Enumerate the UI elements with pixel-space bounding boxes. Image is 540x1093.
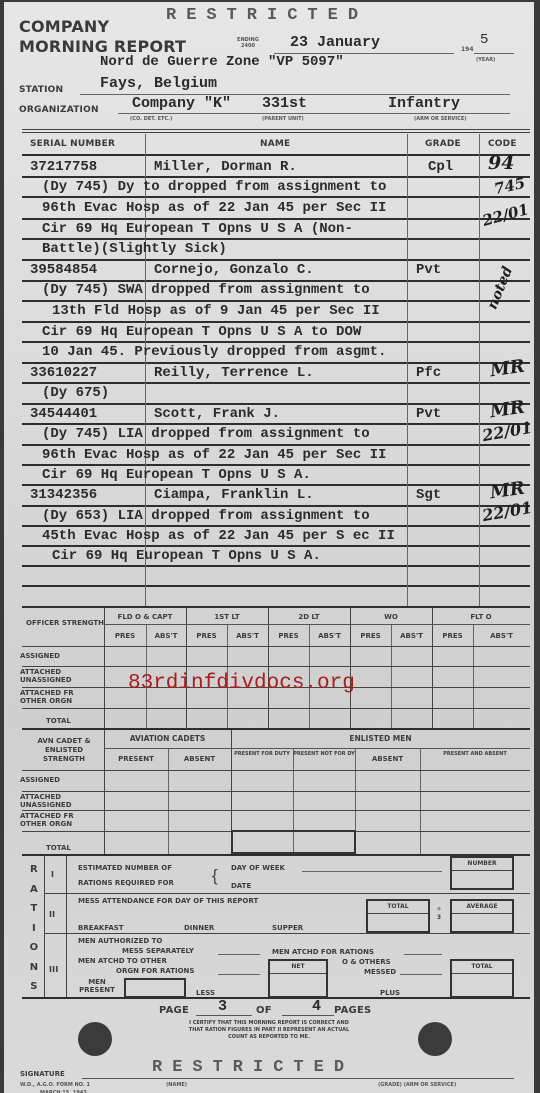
punch-hole-right — [418, 1022, 452, 1056]
entry-grade: Sgt — [416, 487, 441, 503]
letter: T — [28, 899, 40, 919]
entry-remark: Cir 69 Hq European T Opns U S A. — [52, 548, 321, 564]
year-suffix: 5 — [480, 32, 488, 48]
entry-name: Ciampa, Franklin L. — [154, 487, 314, 503]
year-prefix: 194 — [461, 46, 474, 53]
grid-line — [420, 748, 421, 855]
entry-serial: 34544401 — [30, 406, 97, 422]
form-number: W.D., A.G.O. FORM NO. 1 — [20, 1082, 90, 1088]
letter: I — [28, 919, 40, 939]
grade-caption: (GRADE) (ARM OR SERVICE) — [378, 1082, 456, 1088]
men-present-label: MEN PRESENT — [72, 978, 122, 994]
entry-name: Cornejo, Gonzalo C. — [154, 262, 314, 278]
ending-label: ENDING 2400 — [236, 37, 260, 49]
rule — [22, 525, 530, 527]
row-attached-unassigned: ATTACHED UNASSIGNED — [20, 668, 92, 684]
grid-line — [66, 856, 67, 998]
rule — [22, 444, 530, 446]
grid-line — [22, 810, 530, 811]
grid-line — [268, 608, 269, 728]
officer-group: FLD O & CAPT — [104, 613, 186, 621]
col-code: CODE — [488, 139, 517, 149]
mess-separately-line2: MESS SEPARATELY — [122, 947, 194, 955]
row-assigned: ASSIGNED — [20, 776, 60, 784]
location-line: Nord de Guerre Zone "VP 5097" — [100, 54, 344, 70]
atchd-rations-field[interactable] — [404, 954, 442, 955]
handwritten-note: 22/01 — [481, 498, 534, 525]
grid-line — [22, 708, 530, 709]
pages-label: PAGES — [334, 1005, 371, 1016]
mess-separately-field[interactable] — [218, 954, 260, 955]
entry-grade: Cpl — [428, 159, 453, 175]
col-present: PRESENT — [104, 755, 168, 763]
name-caption: (NAME) — [166, 1082, 187, 1088]
entry-remark: Cir 69 Hq European T Opns U S A to DOW — [42, 324, 361, 340]
entry-serial: 31342356 — [30, 487, 97, 503]
year-caption: (YEAR) — [476, 57, 495, 63]
entry-grade: Pfc — [416, 365, 441, 381]
entry-remark: (Dy 745) Dy to dropped from assignment t… — [42, 179, 386, 195]
rule — [22, 585, 530, 587]
entry-name: Reilly, Terrence L. — [154, 365, 314, 381]
number-box-label: NUMBER — [452, 858, 512, 871]
day-of-week-field[interactable] — [302, 871, 442, 872]
entry-remark: (Dy 675) — [42, 385, 109, 401]
officer-group: FLT O — [432, 613, 530, 621]
sub-col-pres: PRES — [432, 632, 473, 640]
entry-remark: Cir 69 Hq European T Opns U S A (Non- — [42, 221, 353, 237]
section-numeral: I — [51, 870, 54, 879]
header-divider — [22, 129, 530, 130]
caption-arm: (ARM OR SERVICE) — [414, 116, 467, 122]
rule — [22, 259, 530, 261]
letter: A — [28, 880, 40, 900]
organization-arm: Infantry — [388, 95, 460, 112]
rations-estimate-line2: RATIONS REQUIRED FOR — [78, 879, 174, 887]
enlisted-strength-title: AVN CADET & ENLISTED STRENGTH — [24, 737, 104, 764]
rations-total-label: TOTAL — [452, 961, 512, 974]
page-number-underline — [196, 1015, 252, 1016]
of-label: OF — [256, 1005, 272, 1016]
certification-text: I CERTIFY THAT THIS MORNING REPORT IS CO… — [104, 1020, 434, 1041]
col-name: NAME — [260, 139, 290, 149]
entry-remark: 13th Fld Hosp as of 9 Jan 45 per Sec II — [52, 303, 380, 319]
rule — [22, 484, 530, 486]
entry-remark: 10 Jan 45. Previously dropped from asgmt… — [42, 344, 386, 360]
officer-strength-title: OFFICER STRENGTH — [26, 618, 104, 628]
rule — [22, 464, 530, 466]
grid-line — [104, 624, 530, 625]
rule — [22, 238, 530, 240]
punch-hole-left — [78, 1022, 112, 1056]
grid-line — [186, 608, 187, 728]
officer-group: 1ST LT — [186, 613, 268, 621]
net-box[interactable]: NET — [268, 959, 328, 998]
letter: R — [28, 860, 40, 880]
letter: O — [28, 938, 40, 958]
less-label: LESS — [196, 989, 215, 997]
number-box[interactable]: NUMBER — [450, 856, 514, 890]
section-numeral: III — [49, 965, 59, 974]
dinner-label: DINNER — [184, 924, 214, 932]
station-label: STATION — [19, 85, 63, 95]
plus-label: PLUS — [380, 989, 400, 997]
breakfast-label: BREAKFAST — [78, 924, 124, 932]
net-box-label: NET — [270, 961, 326, 974]
men-present-box[interactable] — [124, 978, 186, 998]
certify-line: COUNT AS REPORTED TO ME. — [104, 1034, 434, 1041]
rations-side-label: R A T I O N S — [28, 860, 40, 997]
entry-grade: Pvt — [416, 406, 441, 422]
rations-estimate-line1: ESTIMATED NUMBER OF — [78, 864, 172, 872]
grid-line — [44, 933, 530, 934]
signature-label: SIGNATURE — [20, 1070, 65, 1078]
row-total: TOTAL — [46, 717, 71, 725]
entry-remark: 96th Evac Hosp as of 22 Jan 45 per Sec I… — [42, 447, 386, 463]
rule — [22, 176, 530, 178]
col-absent: ABSENT — [168, 755, 231, 763]
col-present-for-duty: PRESENT FOR DUTY — [231, 751, 293, 758]
entry-code-handwritten: 94 — [488, 152, 514, 174]
sub-col-pres: PRES — [350, 632, 391, 640]
report-date: 23 January — [290, 34, 380, 51]
rule — [22, 341, 530, 343]
grid-line — [350, 608, 351, 728]
rule — [22, 218, 530, 220]
year-underline — [474, 53, 514, 54]
grid-line — [44, 893, 530, 894]
entry-serial: 37217758 — [30, 159, 97, 175]
total-pages: 4 — [312, 998, 321, 1015]
sub-col-pres: PRES — [268, 632, 309, 640]
mess-separately-line1: MEN AUTHORIZED TO — [78, 937, 162, 945]
rule — [22, 300, 530, 302]
entry-remark: (Dy 745) LIA dropped from assignment to — [42, 426, 370, 442]
row-attached-other: ATTACHED FR OTHER ORGN — [20, 689, 92, 705]
row-attached-unassigned: ATTACHED UNASSIGNED — [20, 793, 92, 809]
others-line2: MESSED — [364, 968, 396, 976]
total-box[interactable]: TOTAL — [366, 899, 430, 933]
rule — [22, 423, 530, 425]
entry-remark: Battle)(Slightly Sick) — [42, 241, 227, 257]
letter: S — [28, 977, 40, 997]
organization-label: ORGANIZATION — [19, 105, 99, 115]
organization-unit: 331st — [262, 95, 307, 112]
entry-serial: 39584854 — [30, 262, 97, 278]
entry-remark: 45th Evac Hosp as of 22 Jan 45 per S ec … — [42, 528, 395, 544]
atchd-other-field[interactable] — [218, 974, 260, 975]
row-total: TOTAL — [46, 844, 71, 852]
grid-line — [104, 748, 530, 749]
average-box-label: AVERAGE — [452, 901, 512, 914]
col-grade: GRADE — [425, 139, 461, 149]
station-value: Fays, Belgium — [100, 75, 217, 92]
total-pages-underline — [282, 1015, 334, 1016]
col-divider — [479, 134, 480, 606]
entry-code-handwritten: MR — [489, 356, 526, 382]
morning-report-form: RESTRICTED COMPANY MORNING REPORT ENDING… — [4, 2, 534, 1093]
col-divider — [407, 134, 408, 606]
grid-line — [22, 770, 530, 771]
rule — [22, 321, 530, 323]
organization-company: Company "K" — [132, 95, 231, 112]
rule — [22, 382, 530, 384]
grid-line — [44, 856, 45, 998]
sub-col-abst: ABS'T — [146, 632, 186, 640]
rule — [22, 362, 530, 364]
organization-underline — [118, 113, 510, 114]
grid-line — [22, 791, 530, 792]
rule — [22, 403, 530, 405]
page-number: 3 — [218, 998, 227, 1015]
col-present-and-absent: PRESENT AND ABSENT — [420, 751, 530, 758]
officer-group: WO — [350, 613, 432, 621]
sub-col-pres: PRES — [104, 632, 146, 640]
certify-line: THAT RATION FIGURES IN PART II REPRESENT… — [104, 1027, 434, 1034]
sub-col-abst: ABS'T — [391, 632, 432, 640]
sub-col-abst: ABS'T — [227, 632, 268, 640]
sub-col-abst: ABS'T — [473, 632, 530, 640]
rule — [22, 154, 530, 156]
rule — [22, 545, 530, 547]
entry-name: Miller, Dorman R. — [154, 159, 297, 175]
col-present-not-for-duty: PRESENT NOT FOR DY — [293, 751, 355, 758]
entry-name: Scott, Frank J. — [154, 406, 280, 422]
supper-label: SUPPER — [272, 924, 303, 932]
row-attached-other: ATTACHED FR OTHER ORGN — [20, 812, 92, 828]
total-present-box — [231, 830, 356, 854]
col-enlisted-absent: ABSENT — [355, 755, 420, 763]
section-divider — [22, 728, 530, 730]
entry-grade: Pvt — [416, 262, 441, 278]
restricted-stamp-top: RESTRICTED — [166, 6, 368, 25]
others-line1: O & OTHERS — [342, 958, 391, 966]
grid-line — [22, 646, 530, 647]
rule — [22, 505, 530, 507]
entry-remark: (Dy 653) LIA dropped from assignment to — [42, 508, 370, 524]
entry-remark: (Dy 745) SWA dropped from assignment to — [42, 282, 370, 298]
form-title-line1: COMPANY — [19, 17, 109, 36]
entry-remark: Cir 69 Hq European T Opns U S A. — [42, 467, 311, 483]
certify-line: I CERTIFY THAT THIS MORNING REPORT IS CO… — [104, 1020, 434, 1027]
atchd-other-line2: ORGN FOR RATIONS — [116, 967, 194, 975]
mess-attendance-label: MESS ATTENDANCE FOR DAY OF THIS REPORT — [78, 897, 258, 905]
watermark: 83rdinfdivdocs.org — [128, 672, 355, 695]
caption-co: (CO. DET. ETC.) — [130, 116, 172, 122]
brace: { — [212, 862, 218, 890]
section-numeral: II — [49, 910, 55, 919]
sub-col-abst: ABS'T — [309, 632, 350, 640]
signature-line[interactable] — [82, 1078, 514, 1079]
enlisted-men-header: ENLISTED MEN — [231, 735, 530, 743]
others-field[interactable] — [400, 974, 442, 975]
officer-group: 2D LT — [268, 613, 350, 621]
grid-line — [104, 608, 105, 728]
grid-line — [168, 748, 169, 855]
sub-col-pres: PRES — [186, 632, 227, 640]
handwritten-note: noted — [485, 264, 517, 311]
restricted-stamp-bottom: RESTRICTED — [152, 1058, 354, 1077]
rule — [22, 196, 530, 198]
atchd-rations-label: MEN ATCHD FOR RATIONS — [272, 948, 374, 956]
date-label: DATE — [231, 882, 251, 890]
divide-by-three: ÷ 3 — [434, 906, 444, 922]
col-serial-number: SERIAL NUMBER — [30, 139, 115, 149]
letter: N — [28, 958, 40, 978]
rations-total-box[interactable]: TOTAL — [450, 959, 514, 998]
grid-line — [432, 608, 433, 728]
page-label: PAGE — [159, 1005, 189, 1016]
rule — [22, 565, 530, 567]
caption-parent: (PARENT UNIT) — [262, 116, 304, 122]
handwritten-note: 22/01 — [480, 200, 530, 230]
entry-remark: 96th Evac Hosp as of 22 Jan 45 per Sec I… — [42, 200, 386, 216]
entry-serial: 33610227 — [30, 365, 97, 381]
atchd-other-line1: MEN ATCHD TO OTHER — [78, 957, 167, 965]
average-box[interactable]: AVERAGE — [450, 899, 514, 933]
aviation-cadets-header: AVIATION CADETS — [104, 735, 231, 743]
total-box-label: TOTAL — [368, 901, 428, 914]
header-divider-2 — [22, 132, 530, 133]
day-of-week-label: DAY OF WEEK — [231, 864, 285, 872]
handwritten-note: 22/01 — [481, 418, 534, 445]
grid-line — [22, 666, 530, 667]
row-assigned: ASSIGNED — [20, 652, 60, 660]
section-divider — [22, 606, 530, 608]
